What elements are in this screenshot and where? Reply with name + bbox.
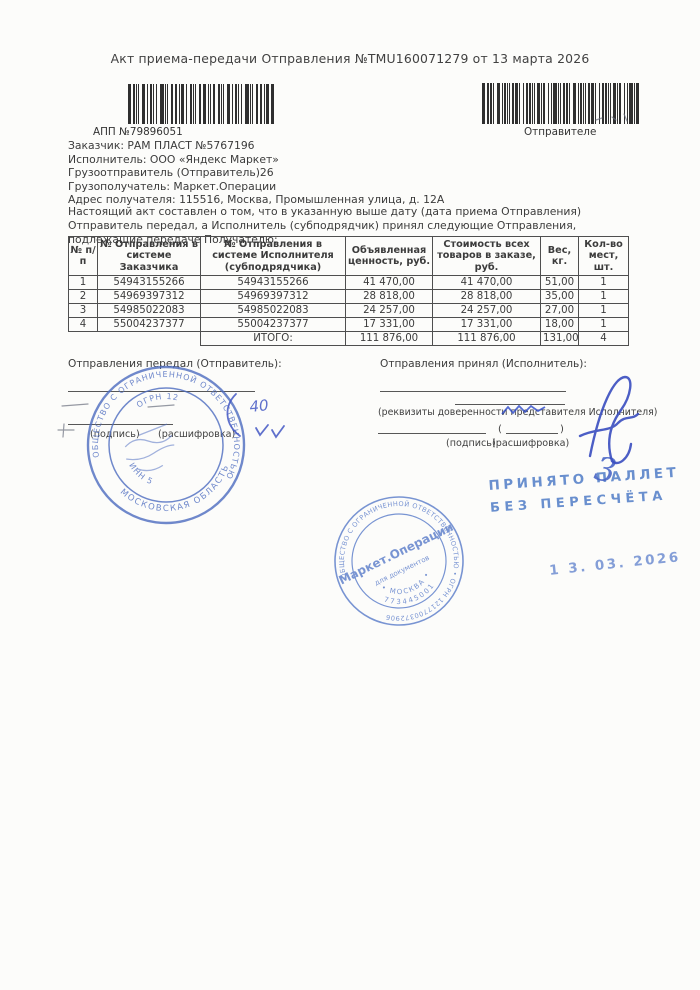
col-header-declared-value: Объявленная ценность, руб. [346, 237, 433, 276]
app-barcode-label: АПП №79896051 [93, 126, 183, 138]
paren-close: ) [560, 424, 564, 435]
total-empty-cell [69, 332, 201, 346]
table-cell: 1 [579, 318, 629, 332]
total-label-cell: ИТОГО: [201, 332, 346, 346]
table-cell: 18,00 [541, 318, 579, 332]
total-places: 4 [579, 332, 629, 346]
receiver-name-subline [506, 433, 558, 434]
col-header-goods-cost: Стоимость всех товаров в заказе, руб. [433, 237, 541, 276]
seal-inn-text: ИНН 5 [127, 458, 157, 491]
table-cell: 51,00 [541, 276, 579, 290]
table-cell: 1 [69, 276, 98, 290]
table-cell: 3 [69, 304, 98, 318]
document-title: Акт приема-передачи Отправления №TMU1600… [0, 51, 700, 66]
total-declared-value: 111 876,00 [346, 332, 433, 346]
table-cell: 35,00 [541, 290, 579, 304]
table-total-row: ИТОГО: 111 876,00 111 876,00 131,00 4 [69, 332, 629, 346]
total-goods-cost: 111 876,00 [433, 332, 541, 346]
parties-block: Заказчик: РАМ ПЛАСТ №5767196 Исполнитель… [68, 139, 444, 207]
consignee-line: Грузополучатель: Маркет.Операции [68, 180, 444, 194]
receiver-name-caption: (расшифровка) [492, 438, 569, 449]
operations-ring-text: ОБЩЕСТВО С ОГРАНИЧЕННОЙ ОТВЕТСТВЕННОСТЬЮ… [322, 484, 476, 638]
svg-text:ОГРН 12: ОГРН 12 [134, 387, 182, 412]
paren-open: ( [498, 424, 502, 435]
table-cell: 4 [69, 318, 98, 332]
svg-text:ОБЩЕСТВО С ОГРАНИЧЕННОЙ ОТВЕТС: ОБЩЕСТВО С ОГРАНИЧЕННОЙ ОТВЕТСТВЕННОСТЬЮ… [322, 484, 476, 638]
table-cell: 28 818,00 [433, 290, 541, 304]
operations-seal-stamp: ОБЩЕСТВО С ОГРАНИЧЕННОЙ ОТВЕТСТВЕННОСТЬЮ… [319, 481, 479, 641]
receiver-sign-caption: (подпись) [446, 438, 496, 449]
table-cell: 55004237377 [98, 318, 201, 332]
app-barcode [128, 84, 276, 124]
table-cell: 54985022083 [98, 304, 201, 318]
col-header-contractor-no: № Отправления в системе Исполнителя (суб… [201, 237, 346, 276]
col-header-weight: Вес, кг. [541, 237, 579, 276]
table-cell: 1 [579, 290, 629, 304]
sender-handwritten-notes: 40 [210, 388, 310, 450]
table-cell: 54943155266 [201, 276, 346, 290]
customer-line: Заказчик: РАМ ПЛАСТ №5767196 [68, 139, 444, 153]
table-cell: 2 [69, 290, 98, 304]
seal-ogrn-text: ОГРН 12 [134, 387, 182, 412]
date-stamp: 1 3. 03. 2026 [549, 549, 682, 579]
table-cell: 28 818,00 [346, 290, 433, 304]
shipments-table-wrap: № п/п № Отправления в системе Заказчика … [68, 236, 629, 346]
table-cell: 1 [579, 276, 629, 290]
table-cell: 24 257,00 [433, 304, 541, 318]
accepted-pallets-stamp: ПРИНЯТО ПАЛЛЕТ БЕЗ ПЕРЕСЧЁТА [488, 465, 681, 516]
overstamp-scribble [500, 402, 548, 418]
handwritten-40: 40 [249, 396, 270, 416]
table-cell: 54985022083 [201, 304, 346, 318]
receiver-sign-subline [378, 433, 486, 434]
scanned-document-page: Акт приема-передачи Отправления №TMU1600… [0, 0, 700, 990]
table-cell: 24 257,00 [346, 304, 433, 318]
table-cell: 55004237377 [201, 318, 346, 332]
total-weight: 131,00 [541, 332, 579, 346]
table-cell: 41 470,00 [433, 276, 541, 290]
table-row: 1549431552665494315526641 470,0041 470,0… [69, 276, 629, 290]
receiver-signature-line [380, 391, 566, 392]
col-header-customer-no: № Отправления в системе Заказчика [98, 237, 201, 276]
receiver-signature-label: Отправления принял (Исполнитель): [380, 358, 587, 370]
table-row: 2549693973125496939731228 818,0028 818,0… [69, 290, 629, 304]
table-cell: 27,00 [541, 304, 579, 318]
table-header-row: № п/п № Отправления в системе Заказчика … [69, 237, 629, 276]
shipments-table: № п/п № Отправления в системе Заказчика … [68, 236, 629, 346]
col-header-num: № п/п [69, 237, 98, 276]
table-cell: 17 331,00 [346, 318, 433, 332]
sender-barcode [482, 83, 640, 124]
consignor-line: Грузоотправитель (Отправитель)26 [68, 166, 444, 180]
contractor-line: Исполнитель: ООО «Яндекс Маркет» [68, 153, 444, 167]
table-cell: 54943155266 [98, 276, 201, 290]
table-row: 3549850220835498502208324 257,0024 257,0… [69, 304, 629, 318]
receiver-handwritten-signature [572, 368, 652, 468]
table-cell: 1 [579, 304, 629, 318]
table-cell: 54969397312 [98, 290, 201, 304]
table-cell: 54969397312 [201, 290, 346, 304]
sender-barcode-label: Отправителе [524, 126, 596, 138]
table-cell: 41 470,00 [346, 276, 433, 290]
shipments-table-body: 1549431552665494315526641 470,0041 470,0… [69, 276, 629, 332]
table-row: 4550042373775500423737717 331,0017 331,0… [69, 318, 629, 332]
table-cell: 17 331,00 [433, 318, 541, 332]
col-header-places: Кол-во мест, шт. [579, 237, 629, 276]
svg-text:ИНН 5: ИНН 5 [127, 458, 157, 491]
